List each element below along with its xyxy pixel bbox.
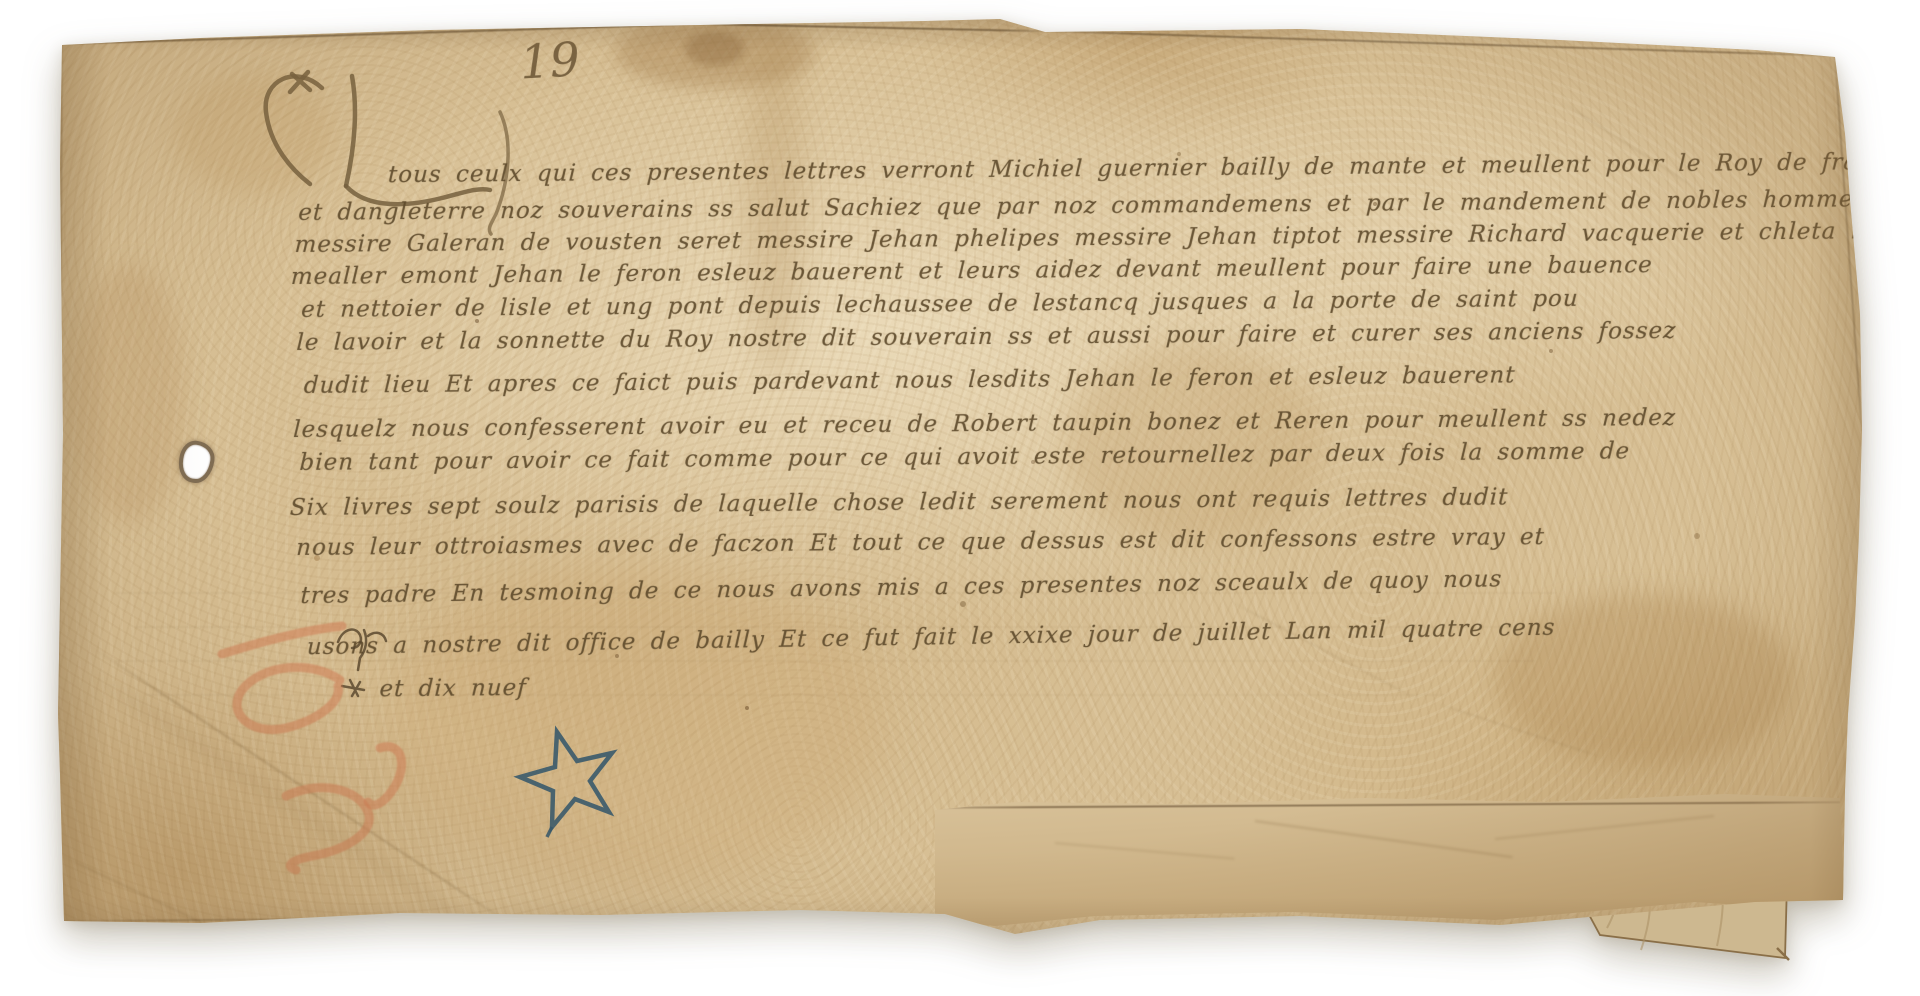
parchment-charter: 19 tous ceulx qui ces presentes lettres … [55, 14, 1867, 982]
photograph-of-charter: 19 tous ceulx qui ces presentes lettres … [0, 0, 1920, 996]
ink-specks [55, 14, 59, 18]
edge-vignette [55, 14, 1865, 944]
parchment-sheet: 19 tous ceulx qui ces presentes lettres … [55, 14, 1865, 944]
